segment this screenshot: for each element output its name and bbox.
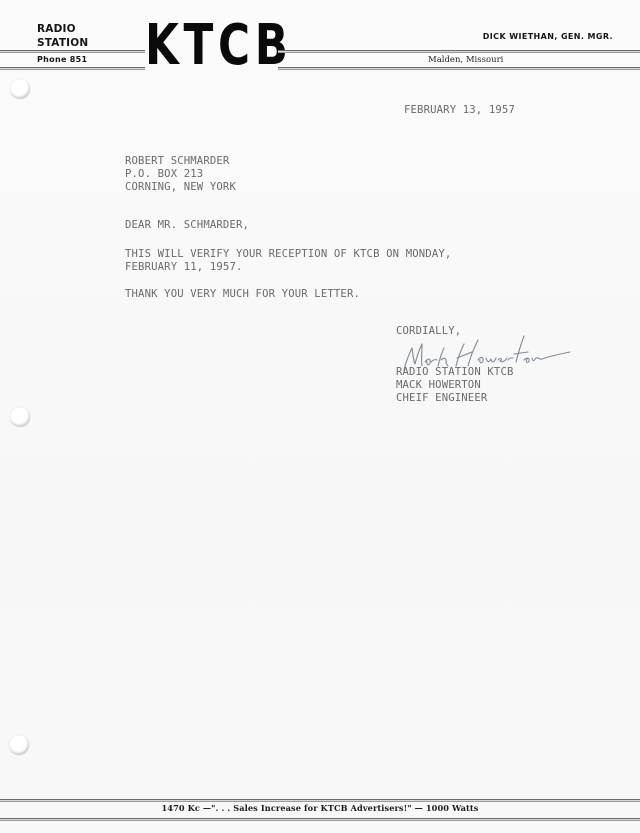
- call-letters-logo: KTCB: [145, 14, 248, 78]
- footer-rule-bottom: [0, 818, 640, 821]
- recipient-address-line2: CORNING, NEW YORK: [125, 181, 236, 194]
- signature-station: RADIO STATION KTCB: [396, 366, 514, 379]
- recipient-name: ROBERT SCHMARDER: [125, 155, 236, 168]
- salutation: DEAR MR. SCHMARDER,: [125, 219, 249, 232]
- letter-page: RADIO STATION Phone 851 KTCB DICK WIETHA…: [0, 0, 640, 833]
- paragraph-1-line-1: THIS WILL VERIFY YOUR RECEPTION OF KTCB …: [125, 248, 451, 261]
- header-rule-right-top: [278, 50, 640, 53]
- header-rule-left-top: [0, 50, 145, 53]
- station-label-line1: RADIO: [37, 22, 88, 36]
- general-manager: DICK WIETHAN, GEN. MGR.: [483, 32, 613, 41]
- station-label: RADIO STATION: [37, 22, 88, 50]
- recipient-address-line1: P.O. BOX 213: [125, 168, 236, 181]
- phone-number: Phone 851: [37, 55, 87, 64]
- signature-block: RADIO STATION KTCBMACK HOWERTONCHEIF ENG…: [396, 366, 514, 405]
- signature-title: CHEIF ENGINEER: [396, 392, 514, 405]
- body-paragraph-1: THIS WILL VERIFY YOUR RECEPTION OF KTCB …: [125, 248, 451, 274]
- header-rule-right-bottom: [278, 67, 640, 70]
- letter-date: FEBRUARY 13, 1957: [404, 104, 515, 117]
- punch-hole-middle: [10, 407, 30, 427]
- body-paragraph-2: THANK YOU VERY MUCH FOR YOUR LETTER.: [125, 288, 360, 301]
- footer-rule-top: [0, 799, 640, 802]
- footer-slogan: 1470 Kc —". . . Sales Increase for KTCB …: [0, 803, 640, 813]
- station-location: Malden, Missouri: [428, 55, 503, 65]
- punch-hole-bottom: [9, 735, 29, 755]
- signature-name: MACK HOWERTON: [396, 379, 514, 392]
- punch-hole-top: [10, 79, 30, 99]
- paragraph-1-line-2: FEBRUARY 11, 1957.: [125, 261, 451, 274]
- header-rule-left-bottom: [0, 67, 145, 70]
- recipient-address: ROBERT SCHMARDERP.O. BOX 213CORNING, NEW…: [125, 155, 236, 194]
- station-label-line2: STATION: [37, 36, 88, 50]
